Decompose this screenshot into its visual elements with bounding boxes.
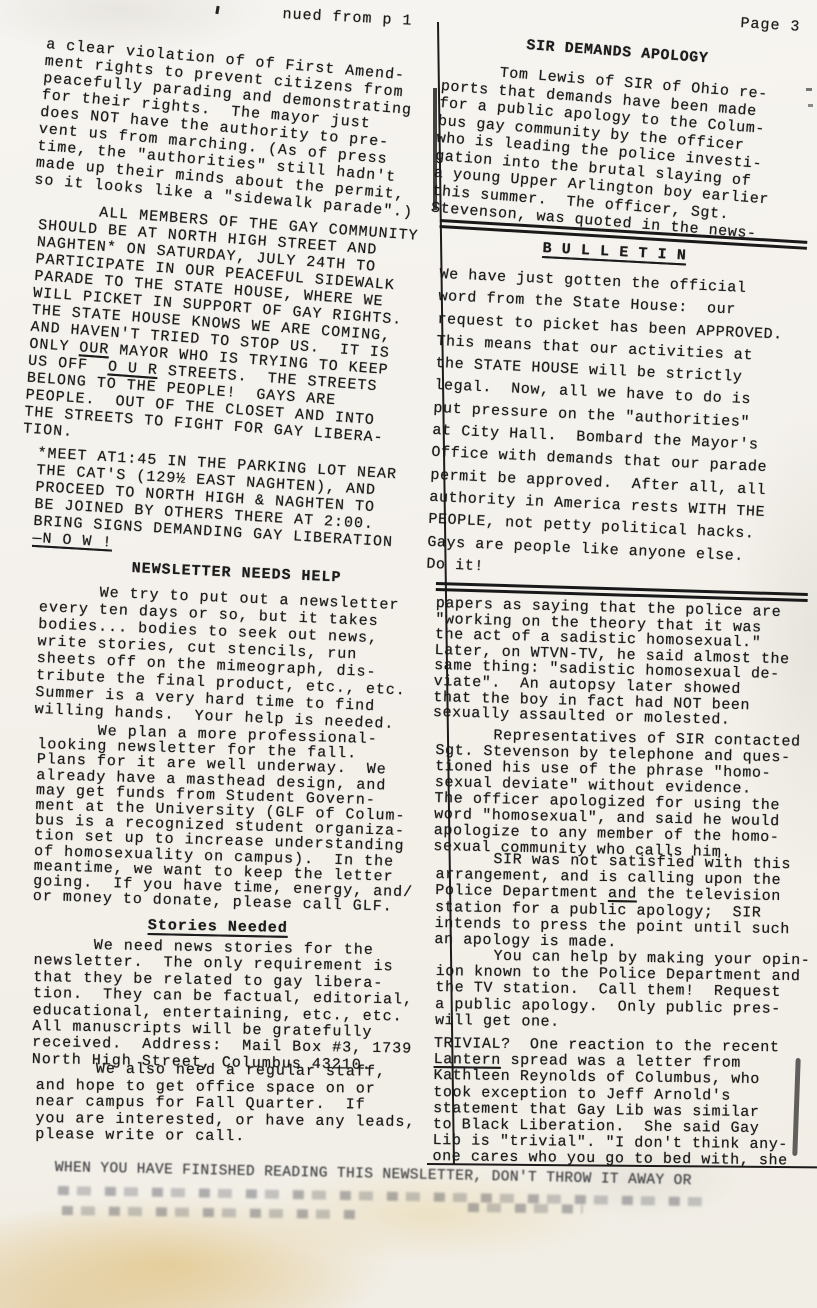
page-number: Page 3 bbox=[740, 15, 801, 36]
bulletin-heading: B U L L E T I N bbox=[542, 240, 687, 265]
stories-needed-heading: Stories Needed bbox=[148, 917, 288, 937]
footer-smudge-line-3 bbox=[62, 1206, 357, 1219]
right-edge-tick-mark bbox=[806, 88, 812, 91]
trivial-paragraph: TRIVIAL? One reaction to the recent Lant… bbox=[432, 1036, 789, 1170]
first-amendment-paragraph: a clear violation of of First Amend- men… bbox=[34, 36, 426, 222]
right-edge-tick-mark-2 bbox=[808, 104, 813, 107]
reader-action-paragraph: You can help by making your opin- ion kn… bbox=[435, 948, 811, 1034]
bulletin-paragraph: We have just gotten the official word fr… bbox=[426, 264, 785, 592]
sir-apology-paragraph: Tom Lewis of SIR of Ohio re- ports that … bbox=[430, 60, 778, 244]
parade-call-paragraph: ALL MEMBERS OF THE GAY COMMUNITY SHOULD … bbox=[23, 200, 419, 465]
meet-footnote: *MEET AT1:45 IN THE PARKING LOT NEAR THE… bbox=[32, 445, 397, 568]
right-edge-ink-mark bbox=[792, 1058, 800, 1156]
footer-smudge-line-2 bbox=[58, 1186, 713, 1206]
newsletter-page: nued from p 1 Page 3 a clear violation o… bbox=[0, 0, 817, 1308]
stray-ink-mark bbox=[215, 6, 219, 14]
newsletter-needs-help-heading: NEWSLETTER NEEDS HELP bbox=[131, 560, 342, 587]
sir-demands-apology-heading: SIR DEMANDS APOLOGY bbox=[526, 37, 709, 67]
sir-demand-paragraph: SIR was not satisfied with this arrangem… bbox=[434, 851, 791, 954]
continued-from-note: nued from p 1 bbox=[282, 6, 413, 30]
sir-contact-paragraph: Representatives of SIR contacted Sgt. St… bbox=[433, 727, 800, 863]
stories-needed-paragraph: We need news stories for the newsletter.… bbox=[32, 937, 414, 1075]
police-quote-paragraph: papers as saying that the police are "wo… bbox=[433, 596, 791, 730]
staff-needed-paragraph: We also need a regular staff, and hope t… bbox=[35, 1061, 416, 1147]
newsletter-plans-paragraph: We plan a more professional- looking new… bbox=[33, 722, 418, 916]
footer-smudge-fragment bbox=[468, 1203, 583, 1214]
newsletter-help-paragraph: We try to put out a newsletter every ten… bbox=[34, 582, 409, 733]
